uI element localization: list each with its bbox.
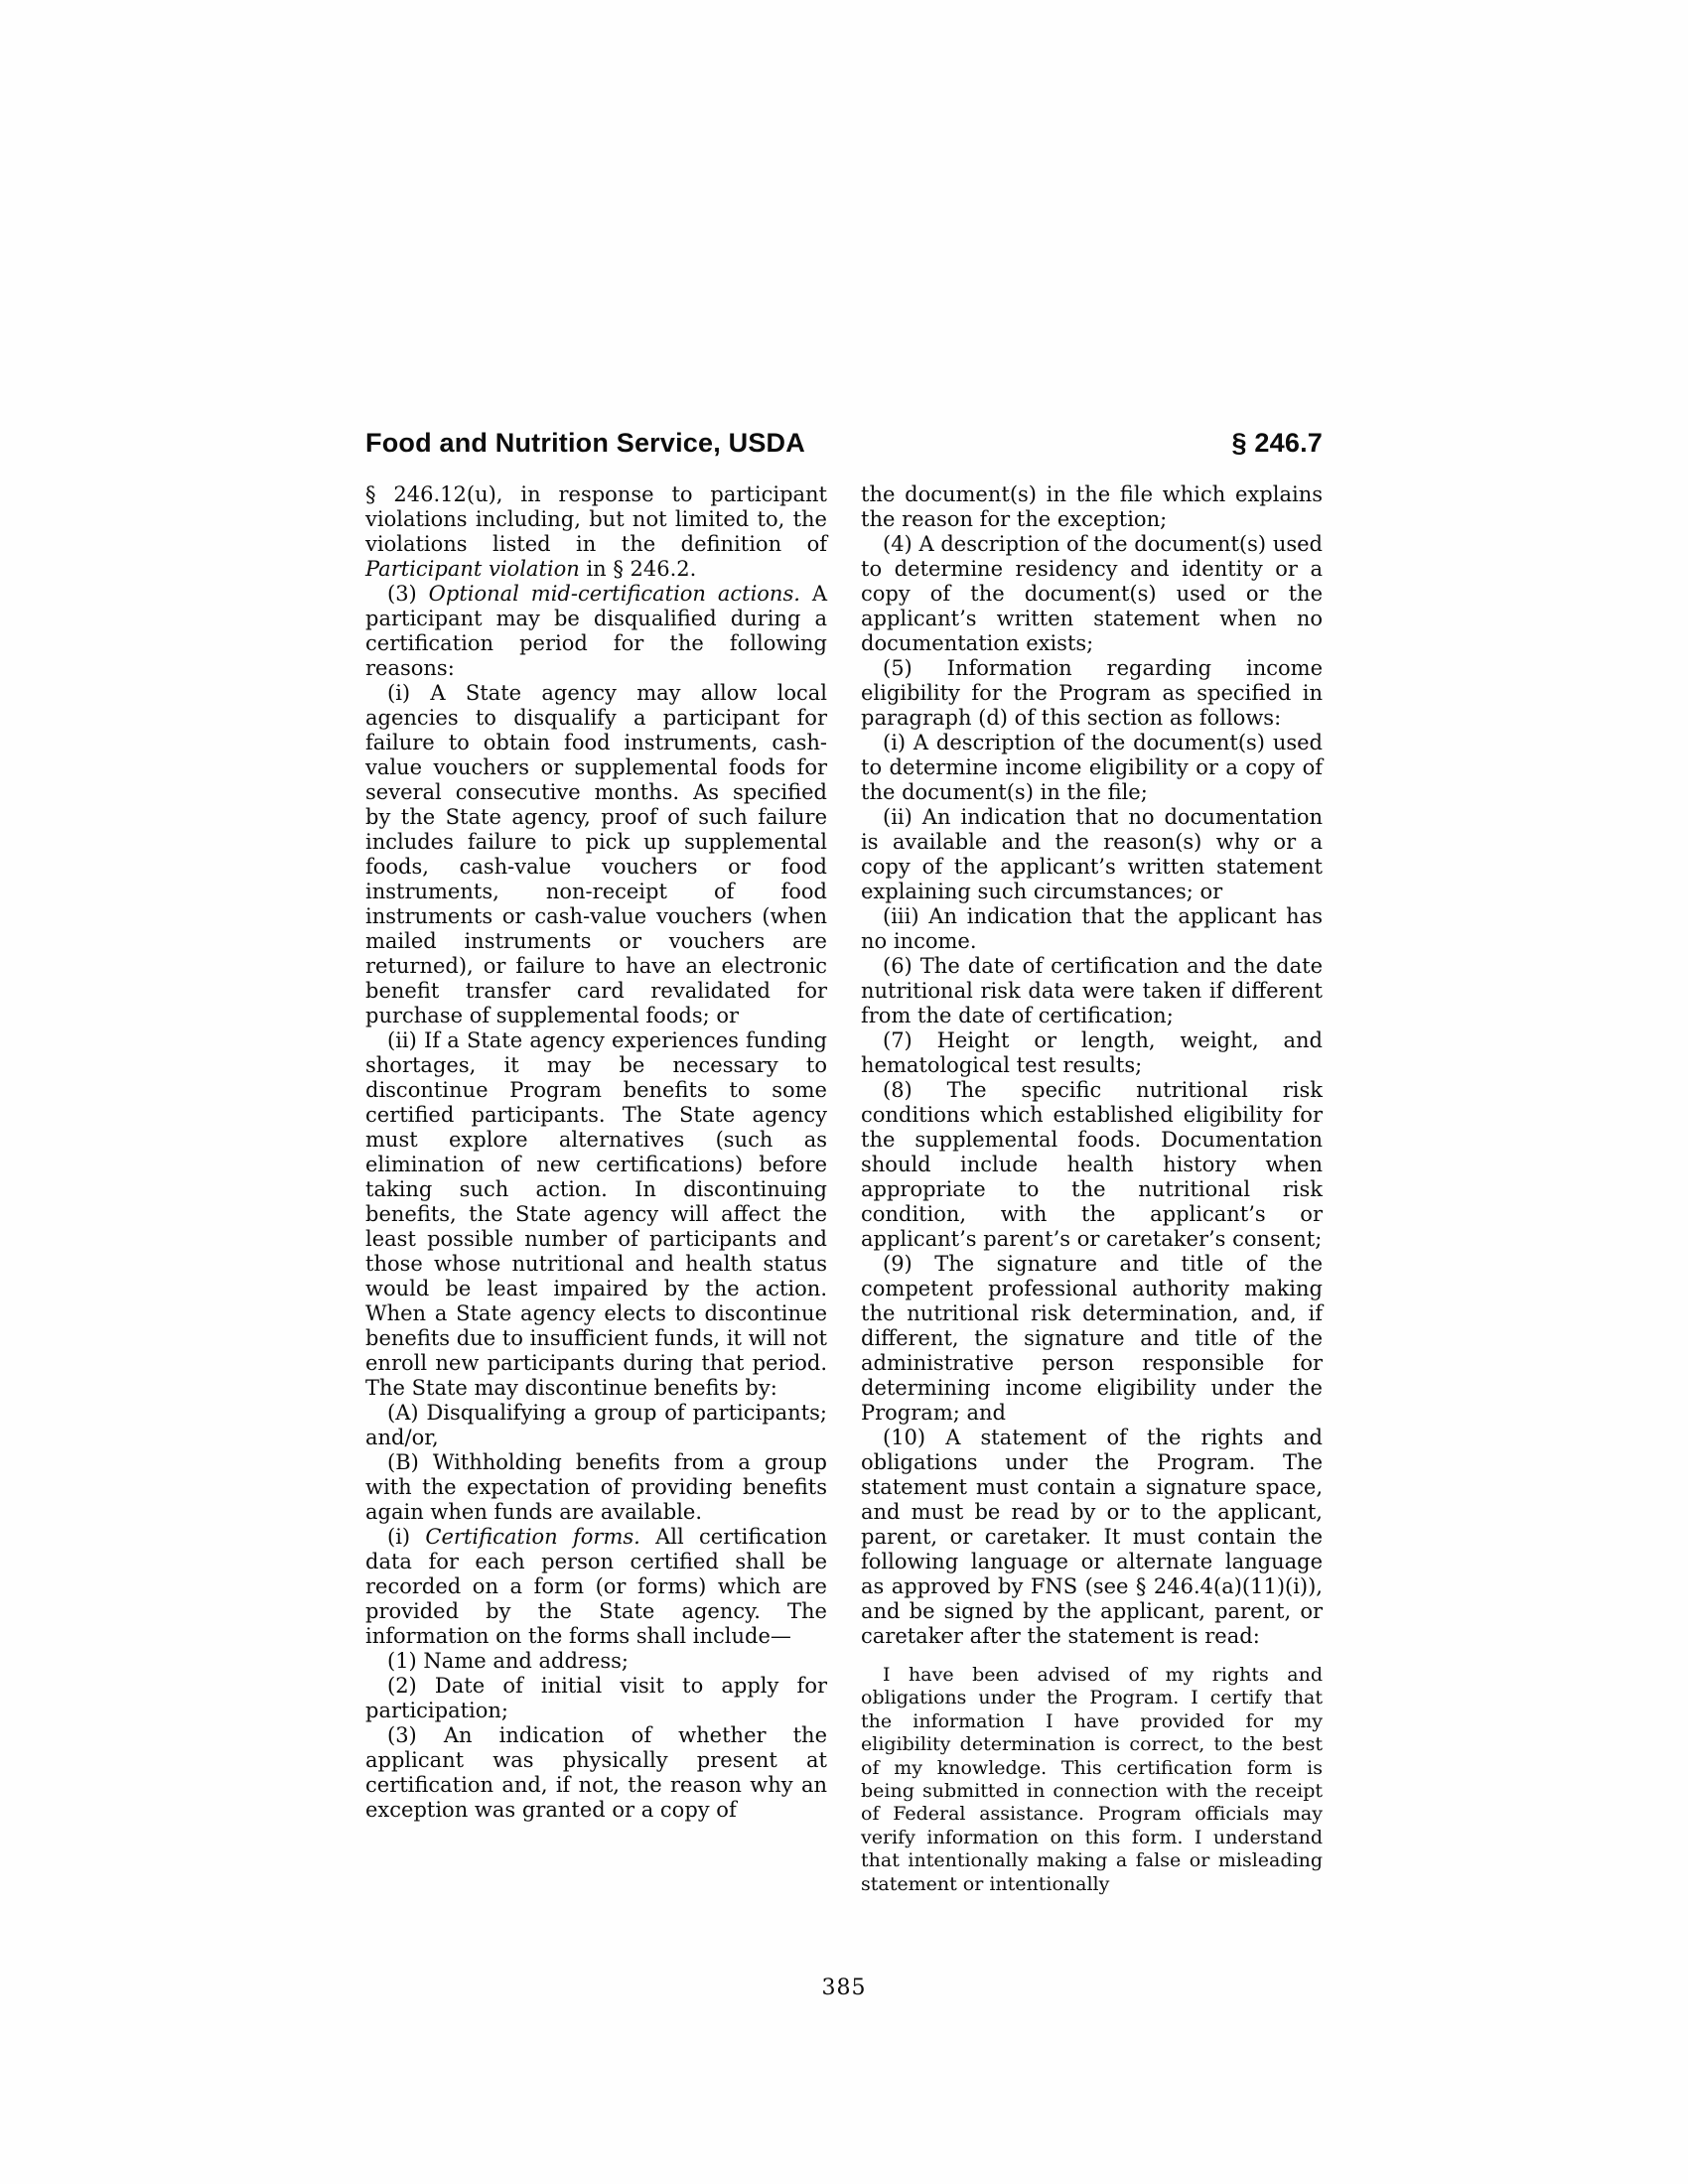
text-run: (5) Information regarding income eligibi… — [861, 656, 1323, 730]
regulation-paragraph: (6) The date of certification and the da… — [861, 954, 1323, 1028]
regulation-paragraph: (ii) An indication that no documentation… — [861, 805, 1323, 904]
regulation-paragraph: (9) The signature and title of the compe… — [861, 1252, 1323, 1426]
regulation-paragraph: (2) Date of initial visit to apply for p… — [365, 1674, 827, 1723]
regulation-paragraph: (10) A statement of the rights and oblig… — [861, 1426, 1323, 1649]
two-column-text-block: § 246.12(u), in response to participant … — [365, 482, 1323, 1896]
text-run: (9) The signature and title of the compe… — [861, 1252, 1323, 1425]
italic-term: Certification forms. — [425, 1525, 639, 1549]
regulation-paragraph: (5) Information regarding income eligibi… — [861, 656, 1323, 731]
text-column-right: the document(s) in the file which explai… — [861, 482, 1323, 1896]
text-run: (B) Withholding benefits from a group wi… — [365, 1450, 827, 1524]
regulation-paragraph: (8) The specific nutritional risk condit… — [861, 1078, 1323, 1252]
running-head: Food and Nutrition Service, USDA § 246.7 — [365, 428, 1323, 459]
regulation-paragraph: § 246.12(u), in response to participant … — [365, 482, 827, 582]
italic-term: Optional mid-certification actions. — [429, 582, 800, 606]
regulation-paragraph: (1) Name and address; — [365, 1649, 827, 1674]
header-section-number: § 246.7 — [1232, 428, 1323, 459]
header-agency-title: Food and Nutrition Service, USDA — [365, 428, 805, 459]
text-run: (7) Height or length, weight, and hemato… — [861, 1028, 1323, 1077]
regulation-paragraph: (A) Disqualifying a group of participant… — [365, 1401, 827, 1450]
regulation-paragraph: (4) A description of the document(s) use… — [861, 532, 1323, 656]
text-run: (2) Date of initial visit to apply for p… — [365, 1674, 827, 1722]
text-run: the document(s) in the file which explai… — [861, 482, 1323, 531]
regulation-page: Food and Nutrition Service, USDA § 246.7… — [0, 0, 1688, 2184]
regulation-paragraph: (ii) If a State agency experiences fundi… — [365, 1028, 827, 1401]
regulation-paragraph: (3) An indication of whether the applica… — [365, 1723, 827, 1823]
text-run: (iii) An indication that the applicant h… — [861, 904, 1323, 953]
text-run: in § 246.2. — [580, 557, 697, 581]
certification-statement-paragraph: I have been advised of my rights and obl… — [861, 1664, 1323, 1896]
text-run: (10) A statement of the rights and oblig… — [861, 1426, 1323, 1648]
text-run: I have been advised of my rights and obl… — [861, 1664, 1323, 1895]
regulation-paragraph: (i) A description of the document(s) use… — [861, 731, 1323, 805]
text-run: (3) An indication of whether the applica… — [365, 1723, 827, 1822]
regulation-paragraph: (7) Height or length, weight, and hemato… — [861, 1028, 1323, 1078]
text-run: (A) Disqualifying a group of participant… — [365, 1401, 827, 1449]
regulation-paragraph: (iii) An indication that the applicant h… — [861, 904, 1323, 954]
text-run: (ii) An indication that no documentation… — [861, 805, 1323, 903]
regulation-paragraph: (3) Optional mid-certification actions. … — [365, 582, 827, 681]
page-footer: 385 — [365, 1976, 1323, 2000]
regulation-paragraph: the document(s) in the file which explai… — [861, 482, 1323, 532]
text-run: (ii) If a State agency experiences fundi… — [365, 1028, 827, 1400]
text-run: (i) — [387, 1525, 425, 1549]
regulation-paragraph: (i) Certification forms. All certificati… — [365, 1525, 827, 1649]
italic-term: Participant violation — [365, 557, 580, 581]
text-run: (i) A description of the document(s) use… — [861, 731, 1323, 804]
page-number: 385 — [822, 1976, 867, 2000]
text-run: (3) — [387, 582, 429, 606]
text-run: § 246.12(u), in response to participant … — [365, 482, 827, 556]
text-run: (4) A description of the document(s) use… — [861, 532, 1323, 655]
text-column-left: § 246.12(u), in response to participant … — [365, 482, 827, 1896]
regulation-paragraph: (B) Withholding benefits from a group wi… — [365, 1450, 827, 1525]
text-run: (i) A State agency may allow local agenc… — [365, 681, 827, 1027]
text-run: (6) The date of certification and the da… — [861, 954, 1323, 1027]
text-run: (8) The specific nutritional risk condit… — [861, 1078, 1323, 1251]
text-run: (1) Name and address; — [387, 1649, 629, 1673]
regulation-paragraph: (i) A State agency may allow local agenc… — [365, 681, 827, 1028]
